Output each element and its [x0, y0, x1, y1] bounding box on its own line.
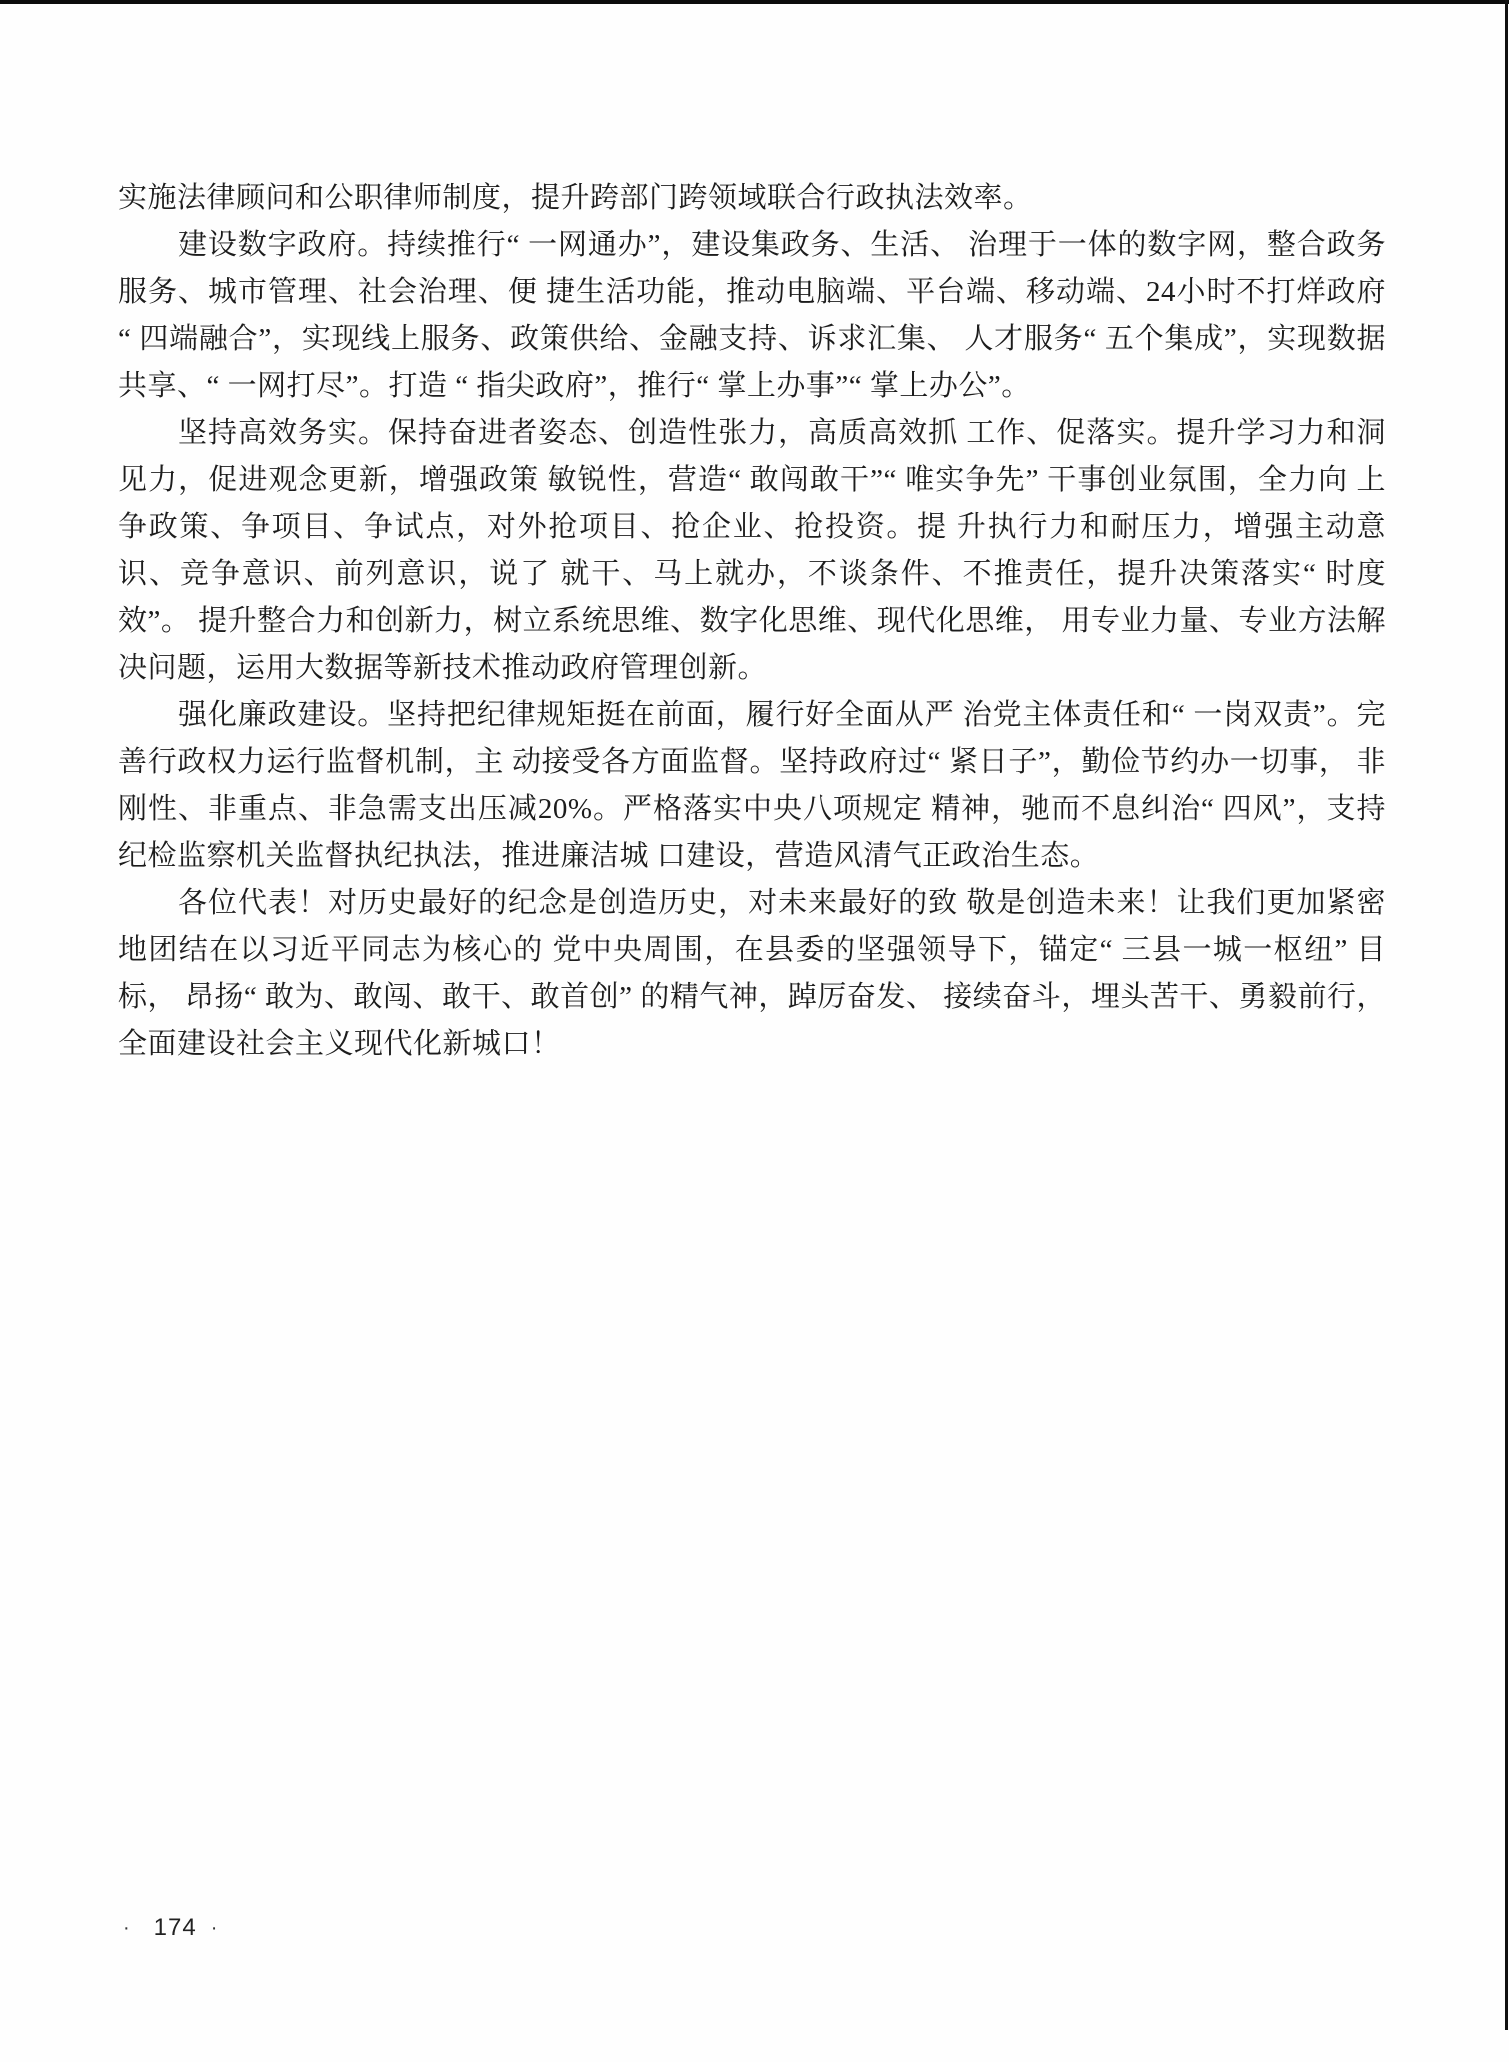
- footer-right-dot: ·: [211, 1912, 218, 1944]
- paragraph-digital-government: 建设数字政府。持续推行“ 一网通办”，建设集政务、生活、 治理于一体的数字网，整…: [118, 222, 1386, 410]
- paragraph-continuation: 实施法律顾问和公职律师制度，提升跨部门跨领域联合行政执法效率。: [118, 175, 1386, 222]
- document-page: 实施法律顾问和公职律师制度，提升跨部门跨领域联合行政执法效率。 建设数字政府。持…: [0, 0, 1509, 2062]
- footer-left-dot: ·: [123, 1912, 130, 1944]
- scan-edge-top: [0, 0, 1509, 4]
- paragraph-clean-governance: 强化廉政建设。坚持把纪律规矩挺在前面，履行好全面从严 治党主体责任和“ 一岗双责…: [118, 692, 1386, 880]
- page-body-text: 实施法律顾问和公职律师制度，提升跨部门跨领域联合行政执法效率。 建设数字政府。持…: [118, 175, 1386, 1068]
- page-number: 174: [154, 1912, 197, 1944]
- paragraph-closing-address: 各位代表！对历史最好的纪念是创造历史，对未来最好的致 敬是创造未来！让我们更加紧…: [118, 880, 1386, 1068]
- paragraph-efficiency-pragmatism: 坚持高效务实。保持奋进者姿态、创造性张力，高质高效抓 工作、促落实。提升学习力和…: [118, 410, 1386, 692]
- scan-edge-right: [1505, 0, 1508, 2030]
- page-footer: · 174 ·: [123, 1912, 217, 1944]
